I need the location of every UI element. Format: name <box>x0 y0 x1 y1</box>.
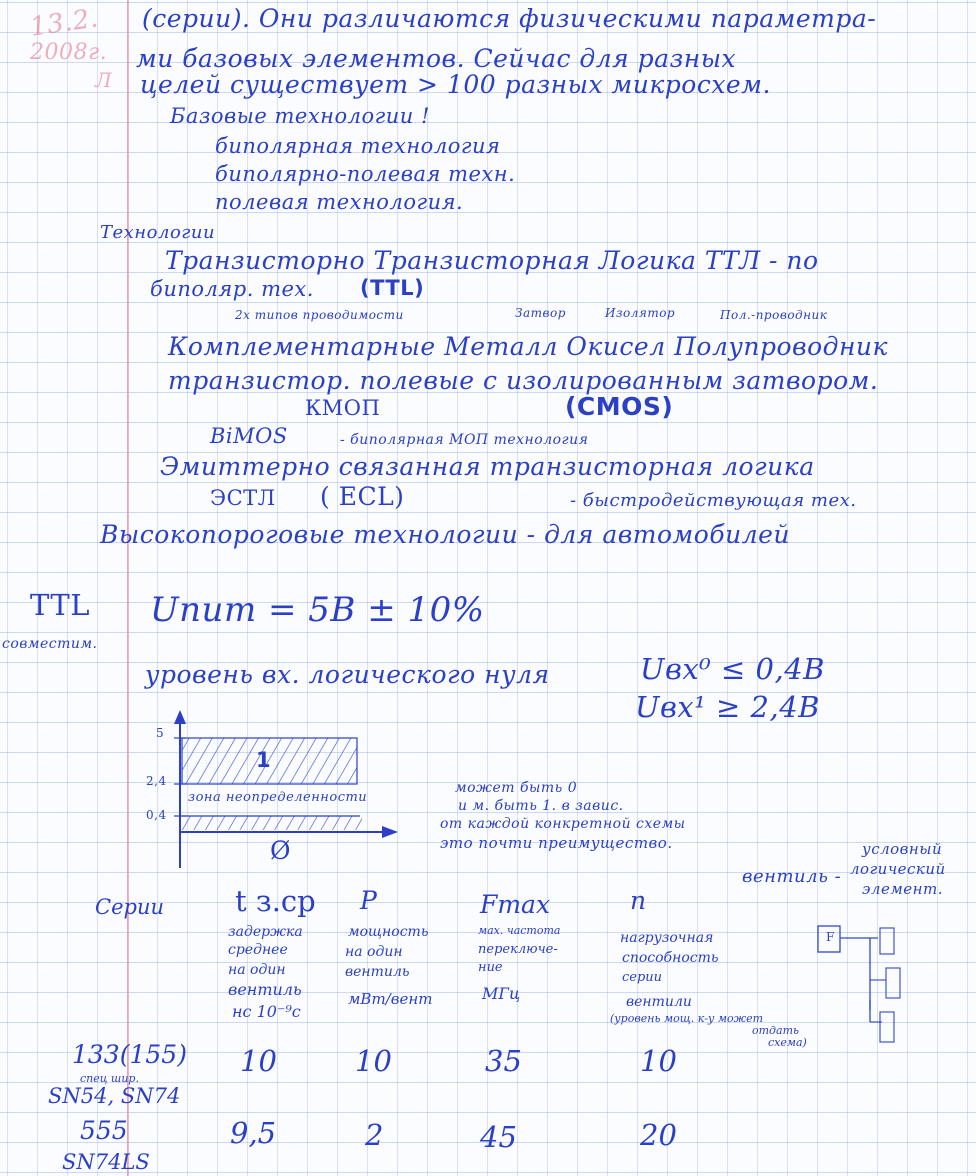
gate-block-label: F <box>826 930 835 944</box>
row1-series: 133(155) <box>72 1040 187 1069</box>
intro-line-2: ми базовых элементов. Сейчас для разных <box>136 44 736 73</box>
delay-desc-3: на один <box>228 962 286 978</box>
row2-fmax: 45 <box>480 1120 517 1154</box>
cmos-annotation-insulator: Изолятор <box>605 306 675 320</box>
bimos-label: BiMOS <box>210 424 288 448</box>
fmax-desc-3: ние <box>478 960 503 975</box>
notebook-margin-line <box>127 0 129 1176</box>
diagram-note-1: может быть 0 <box>455 780 577 796</box>
cmos-annotation-gate: Затвор <box>515 306 566 320</box>
row2-power: 2 <box>365 1118 383 1152</box>
bimos-desc: - биполярная МОП технология <box>340 432 588 448</box>
power-desc-4: мВт/вент <box>348 990 432 1008</box>
gate-note-right-2: логический <box>850 860 946 878</box>
fanout-sketch: F <box>800 890 920 1010</box>
cmos-annotation-complementary: 2х типов проводимости <box>235 308 404 322</box>
logic-level-diagram: 5 2,4 0,4 1 зона неопределенности Ø <box>160 708 500 878</box>
power-desc-2: на один <box>345 944 403 960</box>
row2-delay: 9,5 <box>230 1116 276 1150</box>
delay-desc-1: задержка <box>228 924 303 940</box>
input-high-threshold: Uвх¹ ≥ 2,4В <box>635 690 820 724</box>
ecl-line-1: Эмиттерно связанная транзисторная логика <box>160 452 815 481</box>
power-desc-1: мощность <box>348 924 428 940</box>
row1-delay: 10 <box>240 1044 277 1078</box>
margin-mark: Л <box>95 68 112 92</box>
fmax-desc-1: мах. частота <box>478 924 560 937</box>
input-level-text: уровень вх. логического нуля <box>145 660 550 689</box>
fanout-sketch-svg <box>800 890 920 1010</box>
tick-0-4: 0,4 <box>146 808 167 822</box>
ttl-badge: (TTL) <box>360 276 424 300</box>
row1-series-sub2: SN54, SN74 <box>48 1084 180 1108</box>
input-low-threshold: Uвх⁰ ≤ 0,4В <box>640 652 825 686</box>
intro-line-1: (серии). Они различаются физическими пар… <box>142 4 876 33</box>
intro-line-3: целей существует > 100 разных микросхем. <box>140 70 771 99</box>
fanout-desc-5: (уровень мощ. к-у может <box>610 1012 763 1025</box>
delay-desc-4: вентиль <box>228 980 302 999</box>
ttl-line-2: биполяр. тех. <box>150 277 314 301</box>
gate-note-left: вентиль - <box>742 866 841 887</box>
tech-field: полевая технология. <box>215 190 463 214</box>
technologies-heading: Технологии <box>100 222 215 243</box>
fmax-desc-2: переключе- <box>478 942 558 957</box>
supply-voltage: Uпит = 5В ± 10% <box>150 590 485 630</box>
row2-series: 555 <box>80 1116 128 1145</box>
delay-desc-2: среднее <box>228 942 288 958</box>
fanout-desc-2: способность <box>622 950 719 966</box>
row1-fmax: 35 <box>485 1044 522 1078</box>
diagram-note-2: и м. быть 1. в завис. <box>458 798 624 814</box>
tick-2-4: 2,4 <box>146 774 167 788</box>
col-header-series: Серии <box>95 895 164 919</box>
ttl-compatible-label: совместим. <box>2 636 98 652</box>
ecl-badge: ( ECL) <box>320 482 404 511</box>
cmos-line-1: Комплементарные Металл Окисел Полупровод… <box>168 332 888 361</box>
fmax-desc-4: МГц <box>482 984 520 1003</box>
fanout-desc-3: серии <box>622 970 662 985</box>
col-header-delay: t з.ср <box>235 884 316 918</box>
fanout-desc-4: вентили <box>626 994 692 1010</box>
fanout-desc-7: схема) <box>768 1036 807 1049</box>
tech-bipolar: биполярная технология <box>215 134 500 158</box>
col-header-power: P <box>360 886 377 915</box>
cmos-line-2: транзистор. полевые с изолированным затв… <box>168 366 878 395</box>
row1-fanout: 10 <box>640 1044 677 1078</box>
zero-label: Ø <box>270 836 291 865</box>
fanout-sketch-lower <box>860 1000 900 1050</box>
base-tech-heading: Базовые технологии ! <box>170 104 430 128</box>
tick-5: 5 <box>156 726 164 740</box>
row2-fanout: 20 <box>640 1118 677 1152</box>
col-header-fmax: Fmax <box>480 890 550 919</box>
cmos-badge: (CMOS) <box>565 392 673 421</box>
margin-year: 2008г. <box>30 40 107 65</box>
power-desc-3: вентиль <box>345 964 409 980</box>
ecl-desc: - быстродействующая тех. <box>570 490 857 511</box>
cmos-annotation-semiconductor: Пол.-проводник <box>720 308 827 322</box>
cmos-ru-label: КМОП <box>305 396 380 420</box>
row2-series-sub2: SN74LS <box>62 1150 150 1174</box>
uncertainty-zone-label: зона неопределенности <box>188 790 367 805</box>
region-1-label: 1 <box>256 748 271 772</box>
delay-desc-5: нс 10⁻⁹с <box>232 1002 301 1021</box>
ttl-line-1: Транзисторно Транзисторная Логика ТТЛ - … <box>165 246 819 275</box>
ecl-ru-label: ЭСТЛ <box>210 486 276 510</box>
fanout-desc-1: нагрузочная <box>620 930 713 946</box>
col-header-fanout: n <box>630 886 646 915</box>
diagram-note-4: это почти преимущество. <box>440 834 673 852</box>
margin-date: 13.2. <box>28 3 100 42</box>
ttl-label: TTL <box>30 588 90 622</box>
row1-power: 10 <box>355 1044 392 1078</box>
gate-note-right-1: условный <box>862 840 942 858</box>
high-voltage-line: Высокопороговые технологии - для автомоб… <box>100 520 790 549</box>
diagram-note-3: от каждой конкретной схемы <box>440 816 686 832</box>
tech-bipolar-field: биполярно-полевая техн. <box>215 162 515 186</box>
